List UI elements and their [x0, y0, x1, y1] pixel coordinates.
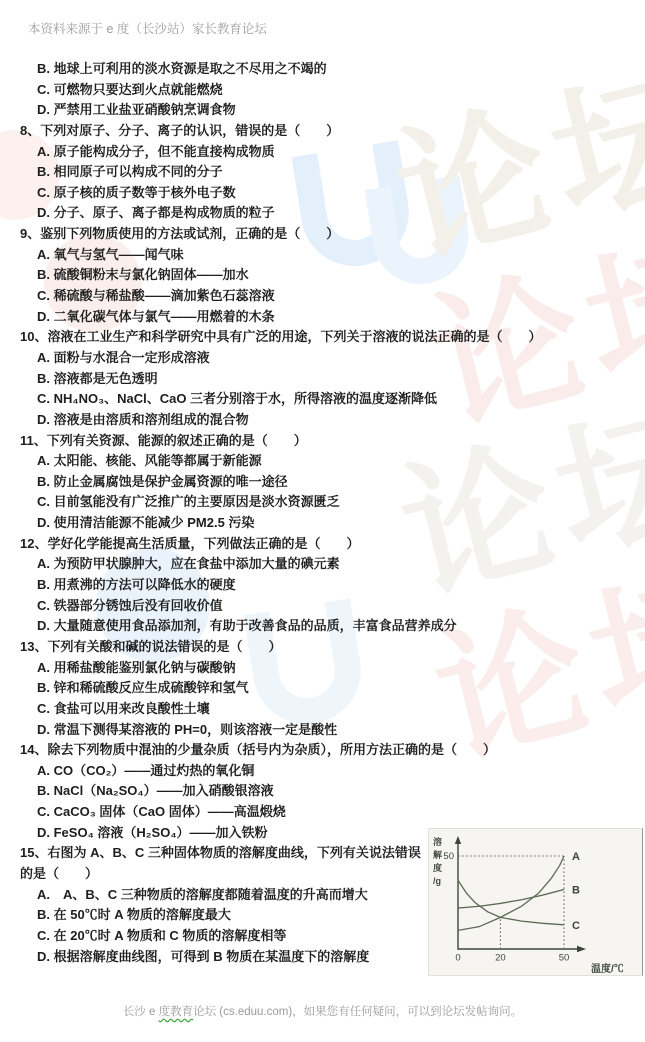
question-7-option-c: C. 可燃物只要达到火点就能燃烧: [0, 80, 645, 101]
question-13-option-c: C. 食盐可以用来改良酸性土壤: [0, 699, 645, 720]
question-8-option-d: D. 分子、原子、离子都是构成物质的粒子: [0, 203, 645, 224]
question-8-option-c: C. 原子核的质子数等于核外电子数: [0, 183, 645, 204]
solubility-chart: ABC0205050温度/℃溶解度/g: [429, 829, 642, 975]
question-13-option-d: D. 常温下测得某溶液的 PH=0，则该溶液一定是酸性: [0, 720, 645, 741]
question-8-stem: 8、下列对原子、分子、离子的认识，错误的是（ ）: [0, 121, 645, 142]
question-14-option-a: A. CO（CO₂）——通过灼热的氧化铜: [0, 761, 645, 782]
svg-text:温度/℃: 温度/℃: [591, 962, 624, 975]
question-12-stem: 12、学好化学能提高生活质量，下列做法正确的是（ ）: [0, 534, 645, 555]
solubility-curve-figure: ABC0205050温度/℃溶解度/g: [428, 828, 643, 976]
svg-text:溶解度/g: 溶解度/g: [433, 836, 443, 886]
question-11-option-b: B. 防止金属腐蚀是保护金属资源的唯一途径: [0, 472, 645, 493]
question-9-option-d: D. 二氧化碳气体与氯气——用燃着的木条: [0, 307, 645, 328]
question-10-option-a: A. 面粉与水混合一定形成溶液: [0, 348, 645, 369]
question-9-option-a: A. 氧气与氢气——闻气味: [0, 245, 645, 266]
x-axis-arrow-icon: [577, 946, 586, 952]
question-11-option-a: A. 太阳能、核能、风能等都属于新能源: [0, 451, 645, 472]
question-13-option-b: B. 锌和稀硫酸反应生成硫酸锌和氢气: [0, 678, 645, 699]
question-14-option-b: B. NaCl（Na₂SO₄）——加入硝酸银溶液: [0, 781, 645, 802]
svg-text:B: B: [572, 884, 580, 896]
question-12-option-c: C. 铁器部分锈蚀后没有回收价值: [0, 596, 645, 617]
footer-part-2: 度教育: [159, 1006, 194, 1018]
question-8-option-a: A. 原子能构成分子，但不能直接构成物质: [0, 142, 645, 163]
question-12-option-b: B. 用煮沸的方法可以降低水的硬度: [0, 575, 645, 596]
question-10-option-b: B. 溶液都是无色透明: [0, 369, 645, 390]
footer-note: 长沙 e 度教育论坛 (cs.eduu.com)，如果您有任何疑问，可以到论坛发…: [0, 1003, 645, 1019]
question-7-option-b: B. 地球上可利用的淡水资源是取之不尽用之不竭的: [0, 59, 645, 80]
question-12-option-d: D. 大量随意使用食品添加剂，有助于改善食品的品质，丰富食品营养成分: [0, 616, 645, 637]
question-15-stem: 15、右图为 A、B、C 三种固体物质的溶解度曲线，下列有关说法错误的是（ ）: [0, 843, 422, 884]
source-note: 本资料来源于 e 度（长沙站）家长教育论坛: [28, 19, 267, 37]
question-11-stem: 11、下列有关资源、能源的叙述正确的是（ ）: [0, 431, 645, 452]
question-11-option-c: C. 目前氢能没有广泛推广的主要原因是淡水资源匮乏: [0, 492, 645, 513]
svg-text:50: 50: [559, 953, 570, 964]
question-12-option-a: A. 为预防甲状腺肿大，应在食盐中添加大量的碘元素: [0, 554, 645, 575]
svg-text:20: 20: [495, 953, 506, 964]
question-14-stem: 14、除去下列物质中混油的少量杂质（括号内为杂质），所用方法正确的是（ ）: [0, 740, 645, 761]
question-11-option-d: D. 使用清洁能源不能减少 PM2.5 污染: [0, 513, 645, 534]
svg-text:A: A: [572, 851, 580, 863]
question-9-option-c: C. 稀硫酸与稀盐酸——滴加紫色石蕊溶液: [0, 286, 645, 307]
question-7-option-d: D. 严禁用工业盐亚硝酸钠烹调食物: [0, 100, 645, 121]
question-10-option-d: D. 溶液是由溶质和溶剂组成的混合物: [0, 410, 645, 431]
svg-text:0: 0: [455, 953, 460, 964]
question-8-option-b: B. 相同原子可以构成不同的分子: [0, 162, 645, 183]
footer-part-1: 长沙 e: [123, 1006, 159, 1018]
y-axis-arrow-icon: [455, 836, 461, 844]
svg-text:50: 50: [443, 851, 454, 862]
question-10-option-c: C. NH₄NO₃、NaCl、CaO 三者分别溶于水，所得溶液的温度逐渐降低: [0, 389, 645, 410]
question-10-stem: 10、溶液在工业生产和科学研究中具有广泛的用途，下列关于溶液的说法正确的是（ ）: [0, 327, 645, 348]
svg-text:C: C: [572, 920, 580, 932]
question-9-stem: 9、鉴别下列物质使用的方法或试剂，正确的是（ ）: [0, 224, 645, 245]
footer-part-3: 论坛 (cs.eduu.com)，如果您有任何疑问，可以到论坛发帖询问。: [193, 1006, 522, 1018]
question-9-option-b: B. 硫酸铜粉末与氯化钠固体——加水: [0, 265, 645, 286]
axes: [458, 842, 580, 949]
question-13-option-a: A. 用稀盐酸能鉴别氯化钠与碳酸钠: [0, 658, 645, 679]
question-13-stem: 13、下列有关酸和碱的说法错误的是（ ）: [0, 637, 645, 658]
question-14-option-c: C. CaCO₃ 固体（CaO 固体）——高温煅烧: [0, 802, 645, 823]
